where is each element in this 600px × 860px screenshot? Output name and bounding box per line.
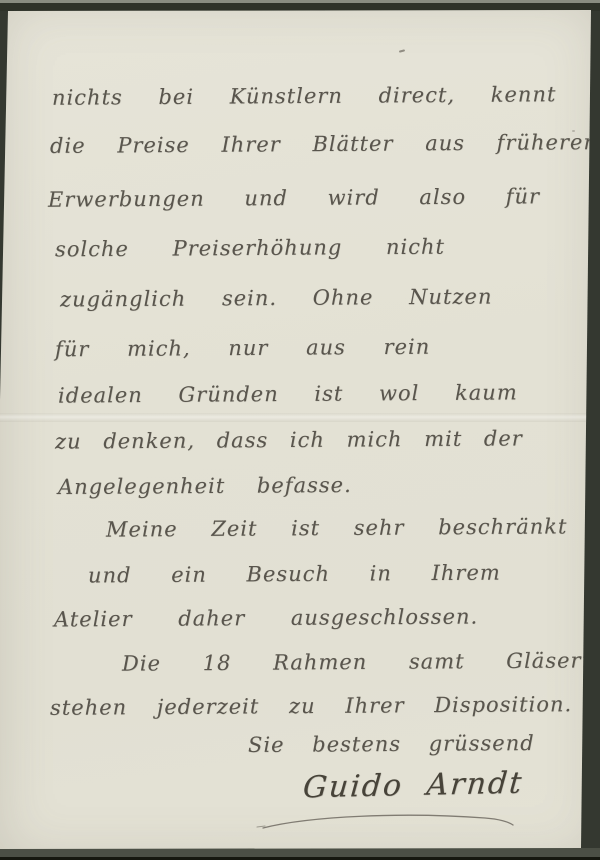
letter-scan: nichts bei Künstlern direct, kennt die P… <box>0 0 600 860</box>
signature: Guido Arndt <box>302 766 525 806</box>
letter-line-11: und ein Besuch in Ihrem <box>88 561 501 588</box>
letter-line-8: zu denken, dass ich mich mit der <box>55 426 523 453</box>
scanner-edge-bottom-band <box>0 848 600 857</box>
signature-flourish-line <box>255 806 525 836</box>
letter-line-2: die Preise Ihrer Blätter aus früheren <box>50 130 598 158</box>
scanner-edge-top-dark <box>0 3 600 11</box>
paper-fold-crease <box>0 413 600 422</box>
letter-line-14: stehen jederzeit zu Ihrer Disposition. <box>50 692 572 720</box>
letter-line-12: Atelier daher ausgeschlossen. <box>54 605 478 632</box>
letter-line-7: idealen Gründen ist wol kaum <box>58 380 518 407</box>
letter-line-3: Erwerbungen und wird also für <box>48 184 540 211</box>
letter-line-6: für mich, nur aus rein <box>55 335 430 362</box>
letter-line-9: Angelegenheit befasse. <box>58 473 352 499</box>
letter-line-10: Meine Zeit ist sehr beschränkt <box>106 514 568 541</box>
letter-line-13: Die 18 Rahmen samt Gläsern <box>122 648 596 675</box>
letter-line-5: zugänglich sein. Ohne Nutzen <box>60 284 493 311</box>
letter-line-4: solche Preiserhöhung nicht <box>55 235 445 262</box>
letter-page: nichts bei Künstlern direct, kennt die P… <box>0 0 600 860</box>
letter-closing-line: Sie bestens grüssend <box>248 731 535 757</box>
ink-speck <box>399 49 405 52</box>
letter-line-1: nichts bei Künstlern direct, kennt <box>52 82 557 110</box>
